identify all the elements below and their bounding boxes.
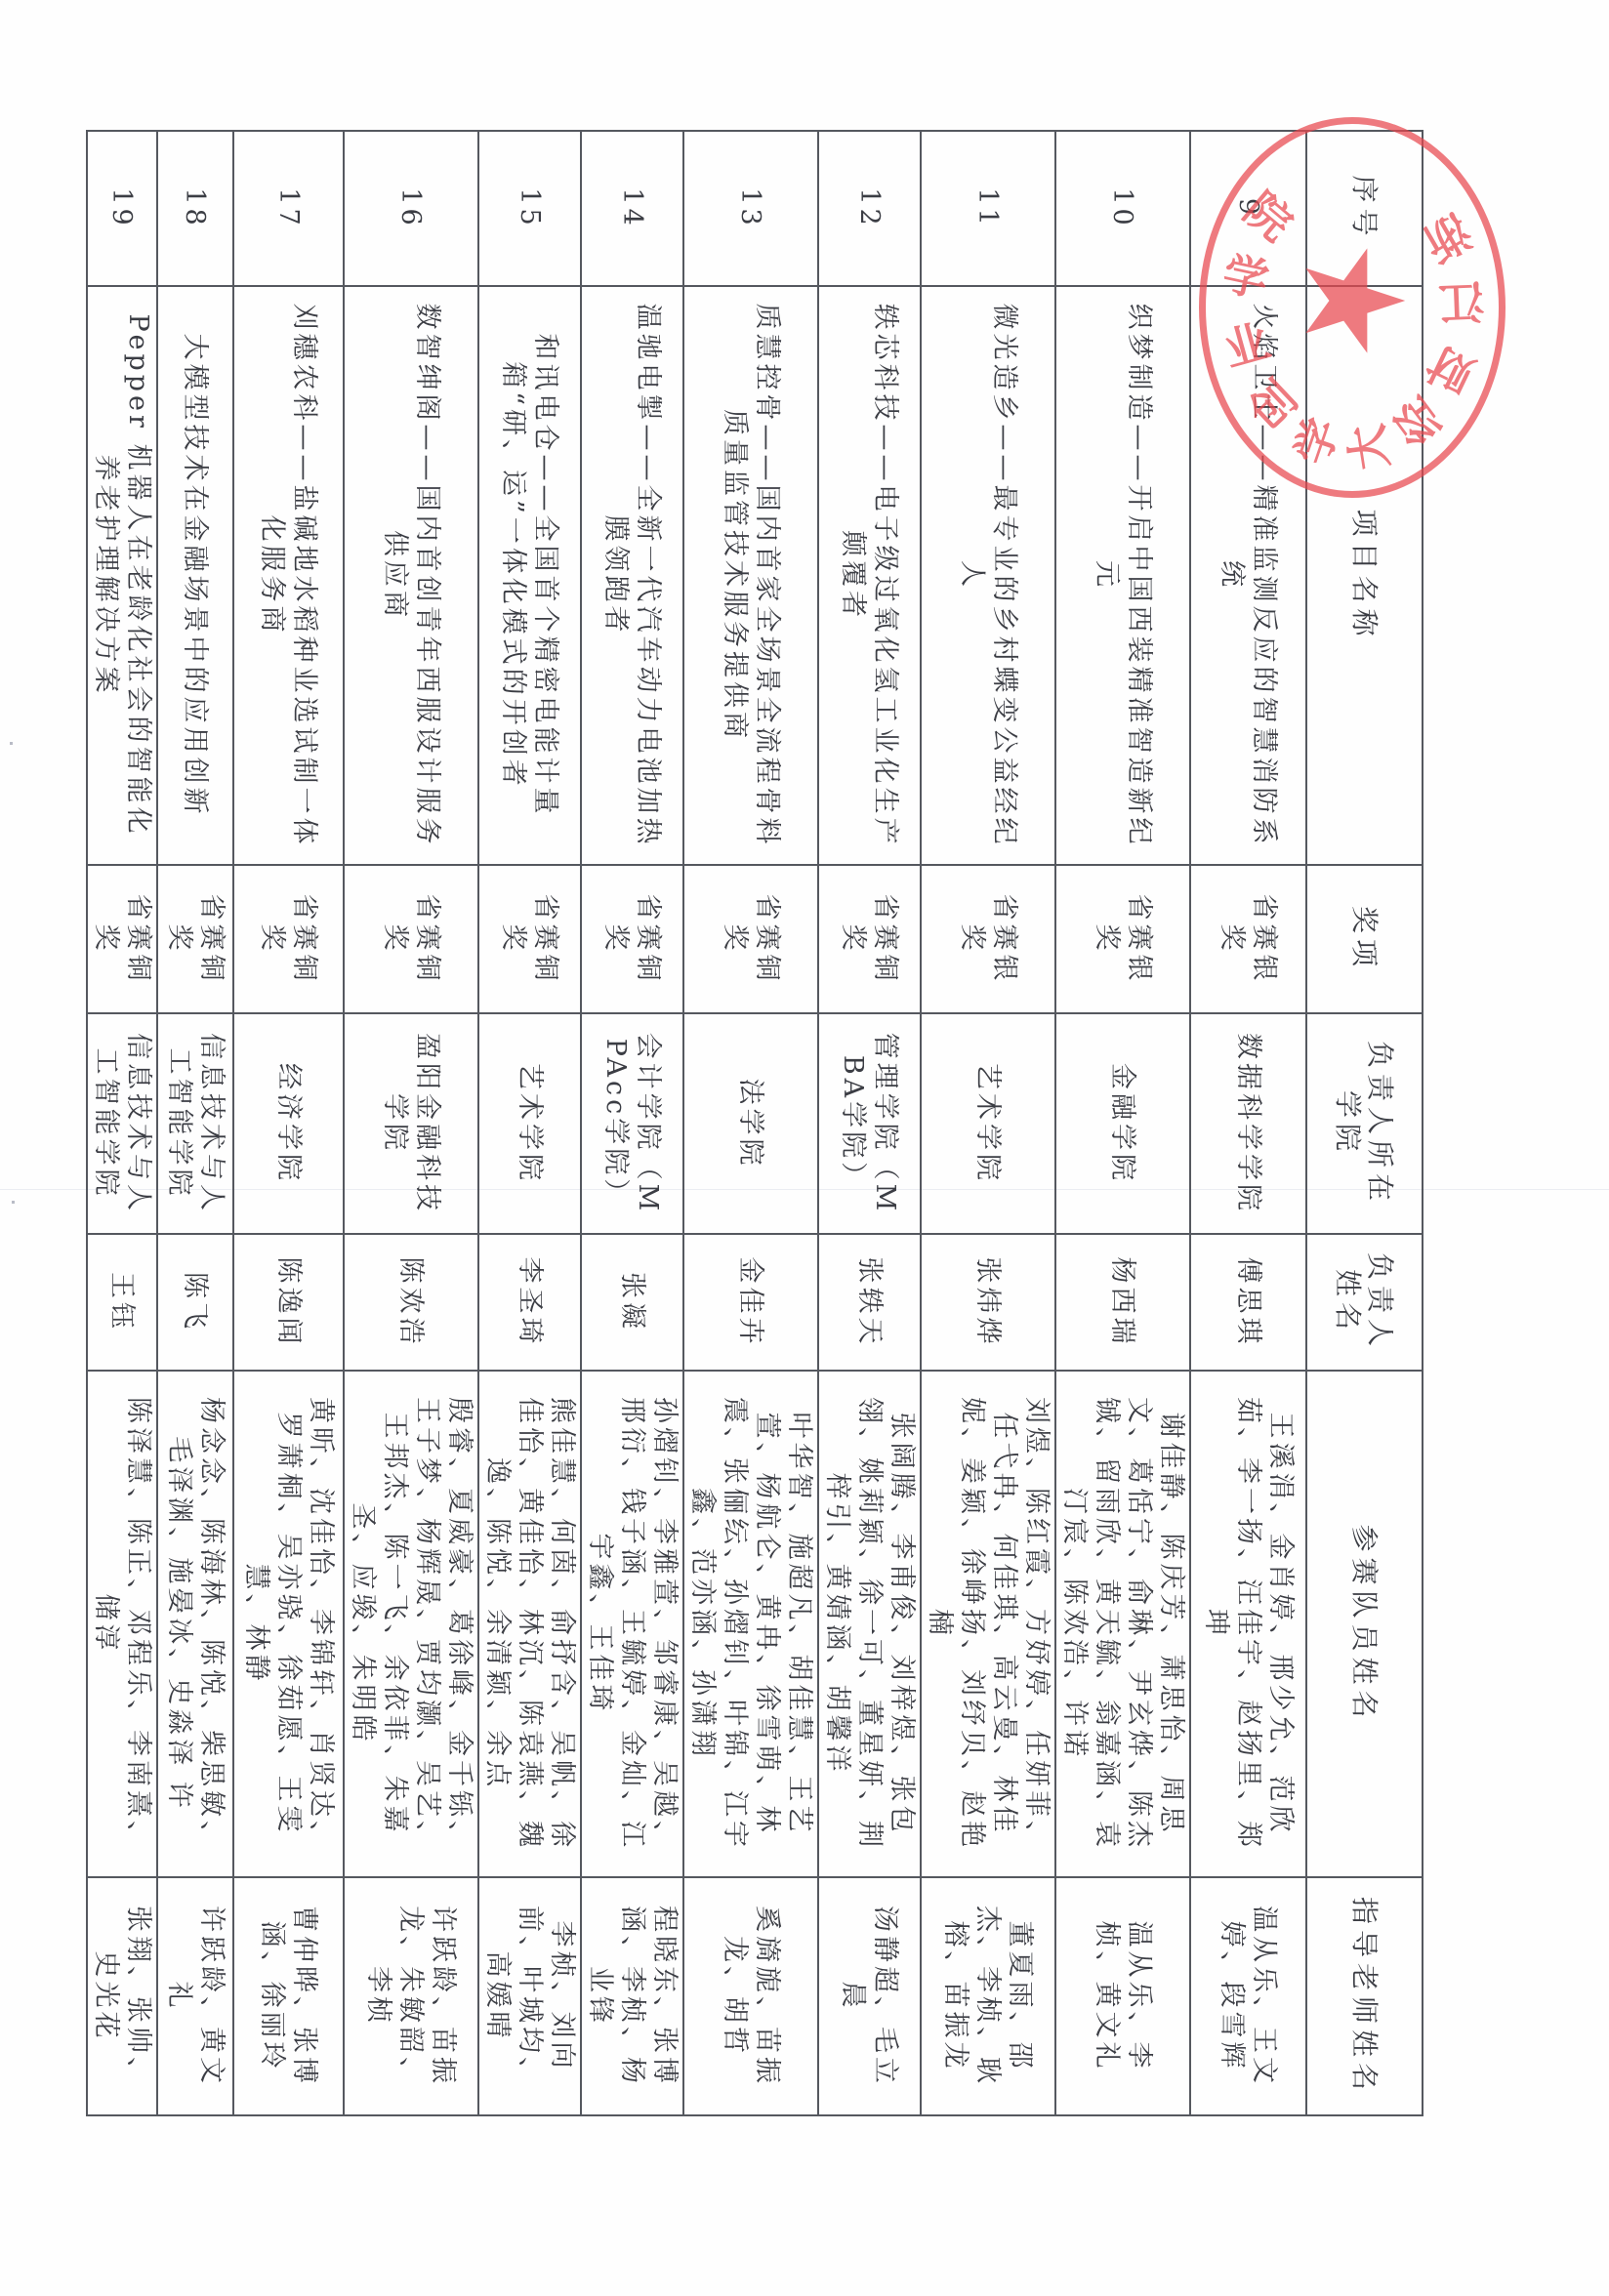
team-members: 叶华智、施超凡、胡佳慧、王艺萱、杨航仑、黄冉、徐雪萌、林震、张俪纭、孙熠钊、叶锦… <box>683 1371 818 1877</box>
leader-college: 法学院 <box>683 1013 818 1234</box>
leader-college: 经济学院 <box>233 1013 344 1234</box>
project-name: 大模型技术在金融场景中的应用创新 <box>157 286 233 865</box>
header-no: 序号 <box>1306 131 1423 286</box>
project-name: 数智绅阁——国内首创青年西服设计服务供应商 <box>344 286 478 865</box>
advisor-names: 温从乐、李桢、黄文礼 <box>1055 1877 1190 2115</box>
table-row: 14温驰电掣——全新一代汽车动力电池加热膜领跑者省赛铜奖会计学院（MPAcc学院… <box>581 131 683 2115</box>
leader-name: 陈逸闻 <box>233 1234 344 1371</box>
team-members: 陈泽慧、陈正、邓程乐、李南熹、储淳 <box>87 1371 157 1877</box>
award-level: 省赛铜奖 <box>344 865 478 1013</box>
header-leader: 负责人姓名 <box>1306 1234 1423 1371</box>
table-row: 17刈穗农科——盐碱地水稻种业选试制一体化服务商省赛铜奖经济学院陈逸闻黄昕、沈佳… <box>233 131 344 2115</box>
leader-college: 盈阳金融科技学院 <box>344 1013 478 1234</box>
award-level: 省赛银奖 <box>1190 865 1306 1013</box>
table-row: 10织梦制造——开启中国西装精准智造新纪元省赛银奖金融学院杨西瑞谢佳静、陈庆芳、… <box>1055 131 1190 2115</box>
project-name: Pepper 机器人在老龄化社会的智能化养老护理解决方案 <box>87 286 157 865</box>
project-name: 轶芯科技——电子级过氧化氢工业化生产颠覆者 <box>818 286 921 865</box>
row-number: 11 <box>921 131 1055 286</box>
award-level: 省赛铜奖 <box>818 865 921 1013</box>
row-number: 16 <box>344 131 478 286</box>
team-members: 张阔腾、李甫俊、刘梓煜、张包翎、姚莉颖、徐一可、董星妍、荆梓引、黄婧涵、胡馨洋 <box>818 1371 921 1877</box>
project-name: 刈穗农科——盐碱地水稻种业选试制一体化服务商 <box>233 286 344 865</box>
row-number: 14 <box>581 131 683 286</box>
row-number: 15 <box>478 131 581 286</box>
advisor-names: 许跃龄、黄文礼 <box>157 1877 233 2115</box>
award-level: 省赛银奖 <box>921 865 1055 1013</box>
advisor-names: 董夏雨、邵杰、李桢、耿榕、苗振龙 <box>921 1877 1055 2115</box>
leader-college: 数据科学学院 <box>1190 1013 1306 1234</box>
team-members: 王溪涓、金肖婷、邢少允、范欣茹、李一扬、汪佳宇、赵扬里、郑珅 <box>1190 1371 1306 1877</box>
advisor-names: 程晓东、张博涵、李桢、杨业锋 <box>581 1877 683 2115</box>
team-members: 孙熠钊、李雅萱、邹睿康、吴越、邢衍、钱子涵、王毓婷、金灿、江宇鑫、王佳琦 <box>581 1371 683 1877</box>
advisor-names: 张翔、张帅、史光花 <box>87 1877 157 2115</box>
row-number: 18 <box>157 131 233 286</box>
leader-name: 王钰 <box>87 1234 157 1371</box>
rotated-table-container: 序号 项目名称 奖项 负责人所在学院 负责人姓名 参赛队员姓名 指导老师姓名 9… <box>274 130 1423 2114</box>
advisor-names: 许跃龄、苗振龙、朱敏韶、李桢 <box>344 1877 478 2115</box>
project-name: 微光造乡——最专业的乡村蝶变公益经纪人 <box>921 286 1055 865</box>
seal-character: 江 <box>1438 279 1485 326</box>
table-row: 13质慧控骨——国内首家全场景全流程骨料质量监管技术服务提供商省赛铜奖法学院金佳… <box>683 131 818 2115</box>
leader-college: 管理学院（MBA学院） <box>818 1013 921 1234</box>
table-row: 16数智绅阁——国内首创青年西服设计服务供应商省赛铜奖盈阳金融科技学院陈欢浩殷睿… <box>344 131 478 2115</box>
row-number: 17 <box>233 131 344 286</box>
scan-speck <box>12 1201 15 1204</box>
project-name: 织梦制造——开启中国西装精准智造新纪元 <box>1055 286 1190 865</box>
table-header-row: 序号 项目名称 奖项 负责人所在学院 负责人姓名 参赛队员姓名 指导老师姓名 <box>1306 131 1423 2115</box>
header-advisors: 指导老师姓名 <box>1306 1877 1423 2115</box>
leader-name: 陈飞 <box>157 1234 233 1371</box>
leader-name: 傅思琪 <box>1190 1234 1306 1371</box>
row-number: 9 <box>1190 131 1306 286</box>
seal-character: 财 <box>1421 339 1480 398</box>
award-level: 省赛铜奖 <box>157 865 233 1013</box>
row-number: 12 <box>818 131 921 286</box>
row-number: 19 <box>87 131 157 286</box>
advisor-names: 温从乐、王文婷、段雪辉 <box>1190 1877 1306 2115</box>
award-level: 省赛铜奖 <box>233 865 344 1013</box>
leader-name: 陈欢浩 <box>344 1234 478 1371</box>
award-level: 省赛铜奖 <box>87 865 157 1013</box>
table-row: 12轶芯科技——电子级过氧化氢工业化生产颠覆者省赛铜奖管理学院（MBA学院）张轶… <box>818 131 921 2115</box>
team-members: 熊佳慧、何茵、俞抒含、吴帆、徐佳怡、黄佳怡、林沉、陈袁燕、魏逸、陈悦、余清颖、余… <box>478 1371 581 1877</box>
project-name: 和讯电仓——全国首个精密电能计量箱“研、运”一体化模式的开创者 <box>478 286 581 865</box>
leader-name: 张凝 <box>581 1234 683 1371</box>
header-project-name: 项目名称 <box>1306 286 1423 865</box>
leader-college: 金融学院 <box>1055 1013 1190 1234</box>
header-award: 奖项 <box>1306 865 1423 1013</box>
leader-name: 金佳卉 <box>683 1234 818 1371</box>
award-level: 省赛银奖 <box>1055 865 1190 1013</box>
leader-name: 张轶天 <box>818 1234 921 1371</box>
project-name: 质慧控骨——国内首家全场景全流程骨料质量监管技术服务提供商 <box>683 286 818 865</box>
award-level: 省赛铜奖 <box>581 865 683 1013</box>
header-college: 负责人所在学院 <box>1306 1013 1423 1234</box>
advisor-names: 汤静超、毛立晨 <box>818 1877 921 2115</box>
award-level: 省赛铜奖 <box>478 865 581 1013</box>
table-row: 9火焰卫士——精准监测反应的智慧消防系统省赛银奖数据科学学院傅思琪王溪涓、金肖婷… <box>1190 131 1306 2115</box>
row-number: 10 <box>1055 131 1190 286</box>
team-members: 刘煜、陈红霞、方妤婷、任妍菲、任弋冉、何佳琪、高云曼、林佳妮、姜颖、徐峥扬、刘纾… <box>921 1371 1055 1877</box>
scanned-page: 序号 项目名称 奖项 负责人所在学院 负责人姓名 参赛队员姓名 指导老师姓名 9… <box>0 0 1609 2296</box>
advisor-names: 奚旖旎、苗振龙、胡哲 <box>683 1877 818 2115</box>
table-row: 18大模型技术在金融场景中的应用创新省赛铜奖信息技术与人工智能学院陈飞杨念念、陈… <box>157 131 233 2115</box>
award-level: 省赛铜奖 <box>683 865 818 1013</box>
leader-college: 艺术学院 <box>921 1013 1055 1234</box>
team-members: 杨念念、陈海林、陈悦、柴思敏、毛泽渊、施晏冰、史淼泽 许 <box>157 1371 233 1877</box>
table-row: 19Pepper 机器人在老龄化社会的智能化养老护理解决方案省赛铜奖信息技术与人… <box>87 131 157 2115</box>
award-table: 序号 项目名称 奖项 负责人所在学院 负责人姓名 参赛队员姓名 指导老师姓名 9… <box>86 130 1423 2116</box>
leader-name: 杨西瑞 <box>1055 1234 1190 1371</box>
leader-college: 会计学院（MPAcc学院） <box>581 1013 683 1234</box>
project-name: 温驰电掣——全新一代汽车动力电池加热膜领跑者 <box>581 286 683 865</box>
leader-name: 张炜烨 <box>921 1234 1055 1371</box>
table-row: 11微光造乡——最专业的乡村蝶变公益经纪人省赛银奖艺术学院张炜烨刘煜、陈红霞、方… <box>921 131 1055 2115</box>
leader-college: 信息技术与人工智能学院 <box>157 1013 233 1234</box>
scan-speck <box>10 742 13 745</box>
project-name: 火焰卫士——精准监测反应的智慧消防系统 <box>1190 286 1306 865</box>
leader-name: 李圣琦 <box>478 1234 581 1371</box>
leader-college: 艺术学院 <box>478 1013 581 1234</box>
team-members: 黄昕、沈佳怡、李锦轩、肖贤达、罗萧桐、吴亦骁、徐茹愿、王雯慧、林静 <box>233 1371 344 1877</box>
table-row: 15和讯电仓——全国首个精密电能计量箱“研、运”一体化模式的开创者省赛铜奖艺术学… <box>478 131 581 2115</box>
advisor-names: 曹仲晔、张博涵、徐丽玲 <box>233 1877 344 2115</box>
seal-character: 浙 <box>1417 206 1478 267</box>
row-number: 13 <box>683 131 818 286</box>
header-members: 参赛队员姓名 <box>1306 1371 1423 1877</box>
leader-college: 信息技术与人工智能学院 <box>87 1013 157 1234</box>
advisor-names: 李桢、刘向前、叶城均、高媛晴 <box>478 1877 581 2115</box>
team-members: 殷睿、夏威豪、葛徐峰、金千铄、王子梦、杨辉晟、贾均灏、吴艺、王邦杰、陈一飞、余依… <box>344 1371 478 1877</box>
team-members: 谢佳静、陈庆芳、萧思怡、周思文、葛恬宁、俞琳、尹玄烨、陈杰铖、留雨欣、黄天毓、翁… <box>1055 1371 1190 1877</box>
